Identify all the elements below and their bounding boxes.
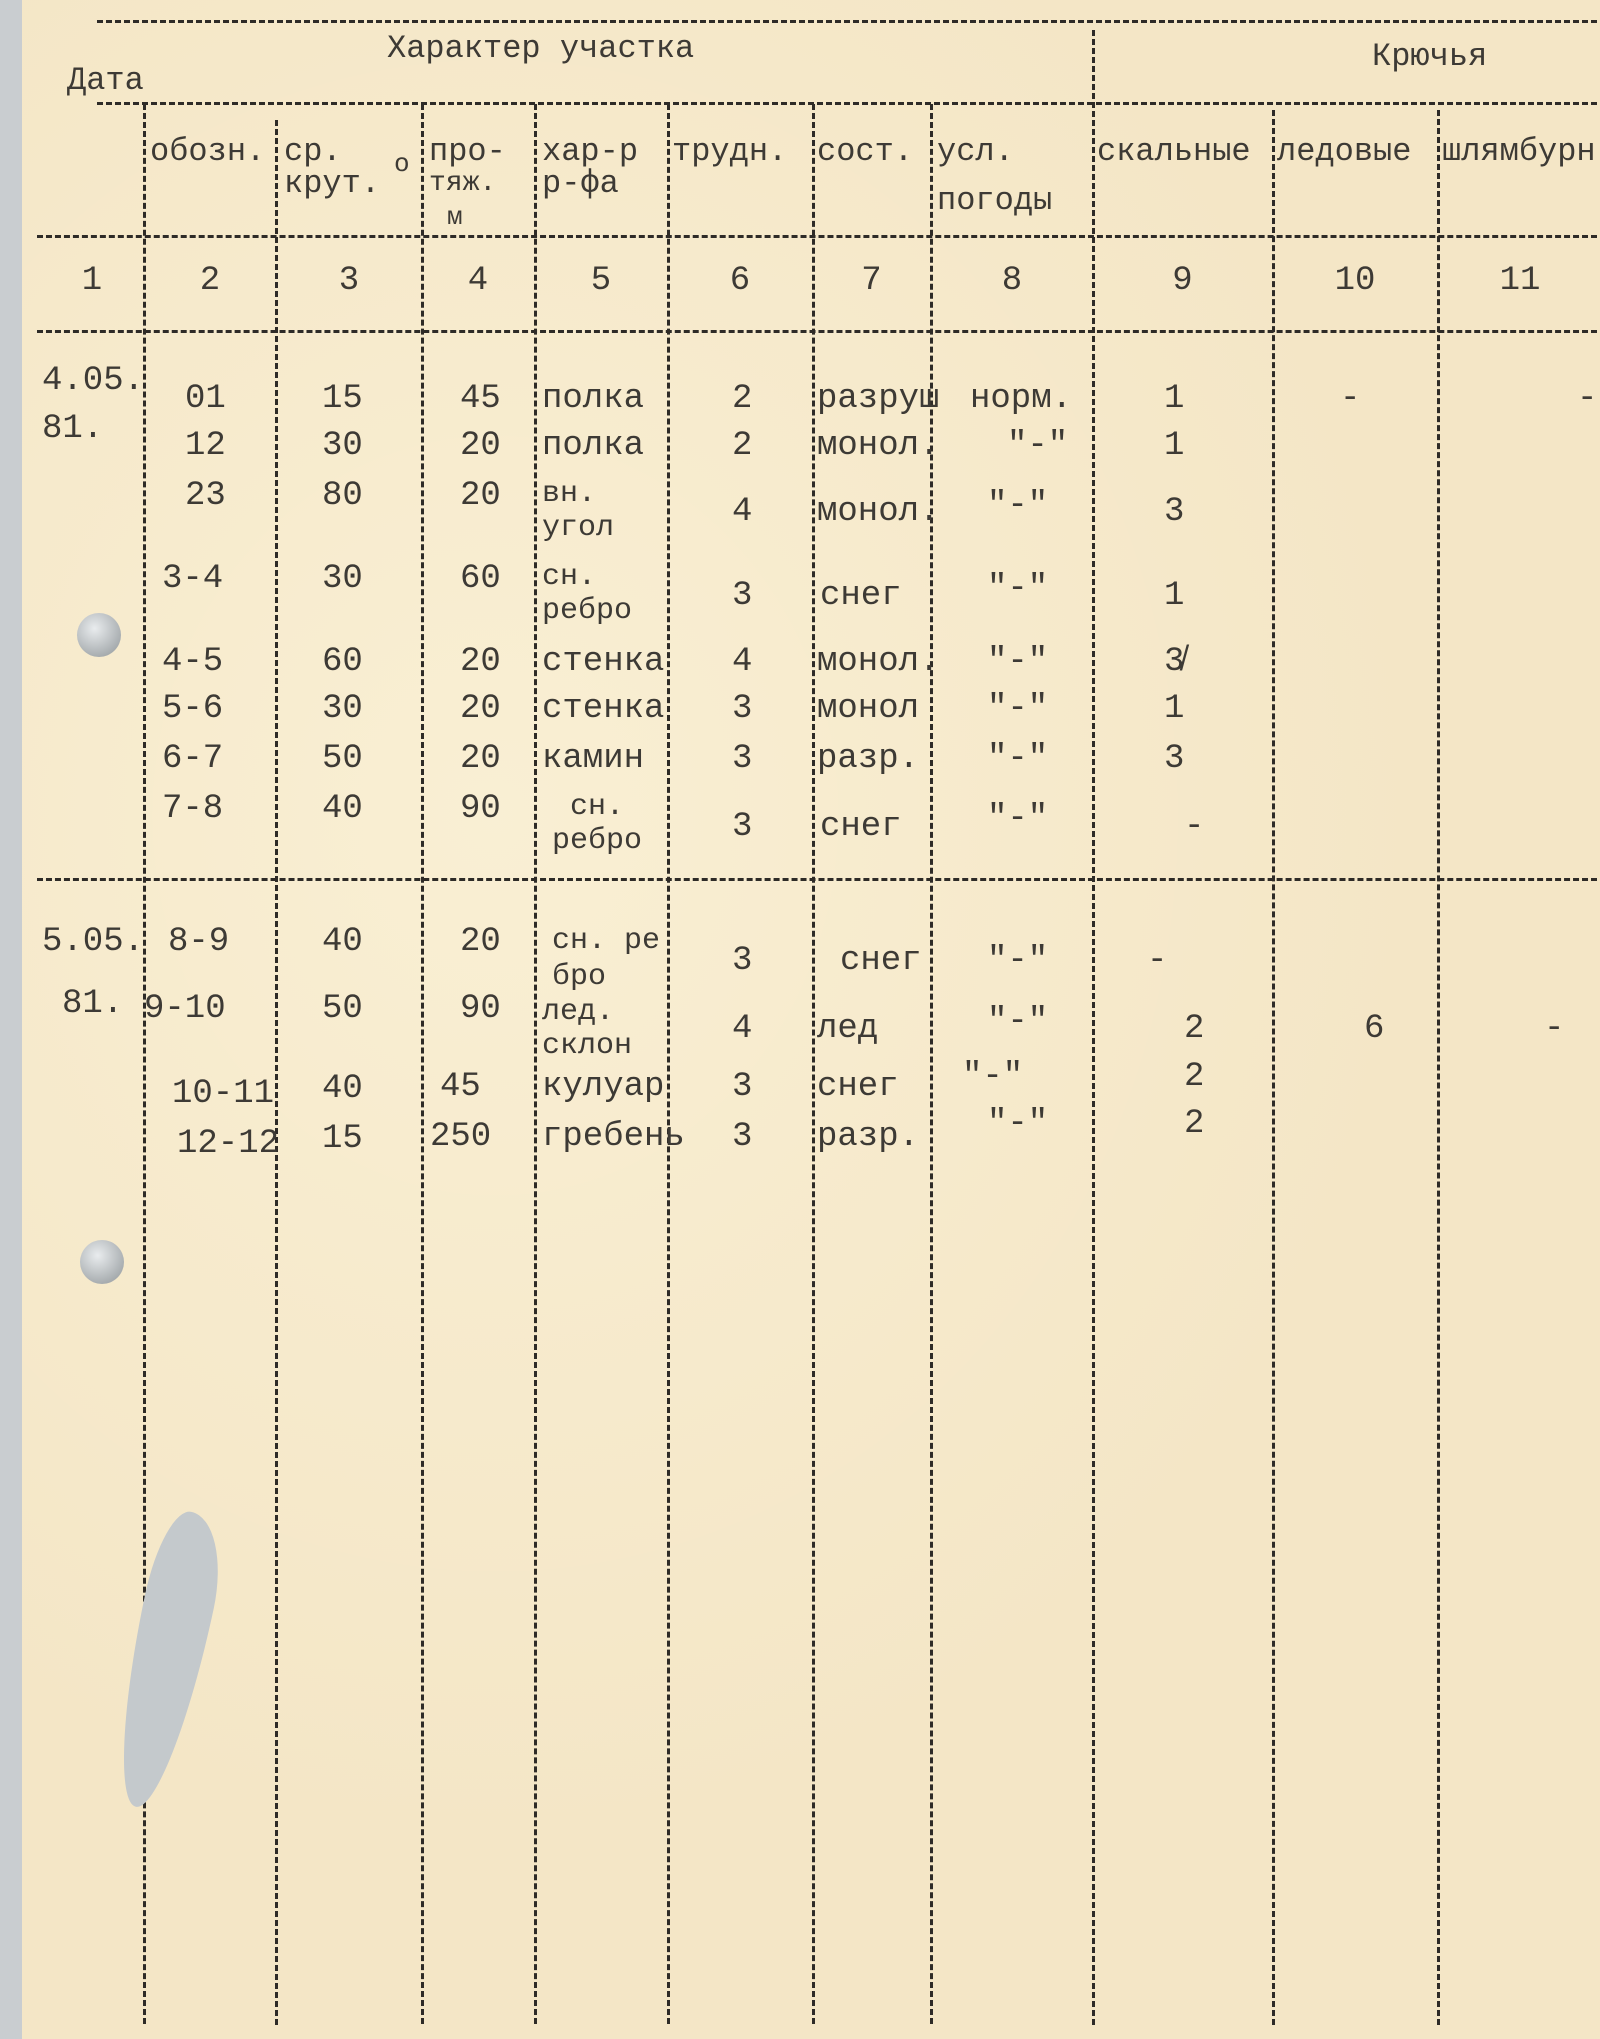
col-header-difficulty: трудн. [672,133,787,171]
table-row-difficulty: 3 [732,690,752,728]
table-row-rock: 3̸ [1164,643,1184,681]
table-row-length: 20 [460,477,501,515]
table-row-slope: 15 [322,1120,363,1158]
rule-numbers-bottom [37,330,1597,333]
table-row-relief: полка [542,427,644,465]
table-row-relief: сн. ребро [542,790,652,858]
day2-date-line1: 5.05. [42,923,144,961]
col-num-4: 4 [424,262,532,300]
table-row-slope: 50 [322,740,363,778]
table-row-length: 20 [460,690,501,728]
table-row-weather: "-" [962,1058,1023,1096]
table-row-seg: 4-5 [162,643,223,681]
table-row-difficulty: 4 [732,493,752,531]
table-row-weather: "-" [987,690,1048,728]
table-row-seg: 5-6 [162,690,223,728]
table-row-relief: полка [542,380,644,418]
table-row-weather: "-" [987,740,1048,778]
col-num-1: 1 [42,262,142,300]
day2-date-line2: 81. [62,985,123,1023]
table-row-slope: 30 [322,560,363,598]
table-row-slope: 50 [322,990,363,1028]
col-header-weather-2: погоды [937,182,1052,220]
table-row-state: монол. [817,493,939,531]
table-row-slope: 30 [322,427,363,465]
table-row-difficulty: 2 [732,380,752,418]
col-num-8: 8 [933,262,1091,300]
col-line-11 [1437,110,1440,2025]
table-row-length: 20 [460,923,501,961]
table-row-difficulty: 2 [732,427,752,465]
col-header-weather-1: усл. [937,133,1014,171]
table-row-weather: "-" [987,942,1048,980]
table-row-length: 20 [460,427,501,465]
col-header-designation: обозн. [150,133,265,171]
table-row-rock: 2 [1184,1058,1204,1096]
col-line-6 [667,104,670,2024]
col-num-2: 2 [146,262,274,300]
col-header-rock: скальные [1097,133,1251,171]
pitons-group-header: Крючья [1372,38,1487,76]
table-row-state: снег [817,1068,899,1106]
table-row-relief: камин [542,740,644,778]
table-row-rock: 1 [1164,380,1184,418]
table-row-weather: "-" [987,487,1048,525]
table-row-rock: 1 [1164,427,1184,465]
table-row-slope: 40 [322,923,363,961]
table-row-seg: 12 [185,427,226,465]
table-row-difficulty: 3 [732,1118,752,1156]
table-row-seg: 01 [185,380,226,418]
table-row-relief: стенка [542,690,664,728]
table-row-slope: 40 [322,1070,363,1108]
table-row-length: 90 [460,790,501,828]
table-row-state: монол. [817,427,939,465]
day1-date-line1: 4.05. [42,362,144,400]
col-num-10: 10 [1275,262,1435,300]
table-row-weather: "-" [987,1003,1048,1041]
col-line-4 [421,104,424,2024]
day1-date-line2: 81. [42,410,103,448]
rule-header-bottom [37,235,1597,238]
table-row-length: 20 [460,740,501,778]
col-num-6: 6 [670,262,810,300]
table-row-rock: - [1184,808,1204,846]
col-header-ice: ледовые [1277,133,1411,171]
table-row-length: 60 [460,560,501,598]
table-row-difficulty: 3 [732,1068,752,1106]
table-row-relief: сн. ре бро [552,923,682,995]
table-row-state: монол. [817,643,939,681]
col-header-slope-2: крут. [284,165,380,203]
col-line-3 [275,120,278,2025]
table-row-weather: "-" [987,800,1048,838]
binder-hole-bottom [80,1240,124,1284]
col-line-7 [812,104,815,2024]
table-row-slope: 30 [322,690,363,728]
table-row-state: снег [820,808,902,846]
table-row-weather: норм. [970,380,1072,418]
date-header: Дата [67,62,144,100]
table-row-difficulty: 4 [732,1010,752,1048]
section-group-header: Характер участка [387,30,694,68]
table-row-length: 20 [460,643,501,681]
table-row-rock: - [1147,942,1167,980]
table-row-rock: 2 [1184,1105,1204,1143]
rule-day-separator [37,878,1597,881]
table-row-relief: кулуар [542,1068,664,1106]
table-row-state: монол [817,690,919,728]
table-row-bolt: - [1544,1010,1564,1048]
table-row-difficulty: 3 [732,942,752,980]
table-row-state: снег [820,577,902,615]
table-row-length: 90 [460,990,501,1028]
table-row-relief: лед. склон [542,995,652,1063]
table-row-length: 45 [440,1068,481,1106]
table-row-state: разруш [817,380,939,418]
table-row-relief: сн. ребро [542,560,652,628]
col-num-7: 7 [815,262,928,300]
table-row-rock: 2 [1184,1010,1204,1048]
table-row-difficulty: 3 [732,740,752,778]
col-header-bolt: шлямбурн [1442,133,1596,171]
table-row-length: 45 [460,380,501,418]
col-line-9 [1092,30,1095,2025]
table-row-rock: 1 [1164,690,1184,728]
table-row-rock: 3 [1164,740,1184,778]
table-row-difficulty: 4 [732,643,752,681]
col-num-11: 11 [1440,262,1600,300]
table-row-seg: 3-4 [162,560,223,598]
table-row-difficulty: 3 [732,808,752,846]
table-row-slope: 40 [322,790,363,828]
table-row-relief: стенка [542,643,664,681]
table-row-slope: 15 [322,380,363,418]
col-header-length-2: тяж. [429,165,496,203]
col-header-state: сост. [817,133,913,171]
table-row-slope: 60 [322,643,363,681]
table-row-seg: 7-8 [162,790,223,828]
table-row-relief: гребень [542,1118,685,1156]
table-row-weather: "-" [1007,427,1068,465]
table-row-ice: 6 [1364,1010,1384,1048]
table-row-seg: 23 [185,477,226,515]
table-row-weather: "-" [987,643,1048,681]
table-row-state: разр. [817,1118,919,1156]
document-page: Дата Характер участка Крючья обозн. ср. … [22,0,1600,2039]
table-row-length: 250 [430,1118,491,1156]
binder-hole-top [77,613,121,657]
table-row-relief: вн. угол [542,477,652,545]
table-row-seg: 6-7 [162,740,223,778]
table-row-state: снег [840,942,922,980]
table-row-weather: "-" [987,570,1048,608]
table-row-seg: 12-12 [177,1125,279,1163]
rule-header-mid [97,102,1597,105]
col-line-10 [1272,110,1275,2025]
table-row-slope: 80 [322,477,363,515]
table-row-rock: 1 [1164,577,1184,615]
col-num-9: 9 [1095,262,1270,300]
table-row-seg: 10-11 [172,1075,274,1113]
table-row-seg: 8-9 [168,923,229,961]
table-row-state: разр. [817,740,919,778]
table-row-weather: "-" [987,1105,1048,1143]
table-row-rock: 3 [1164,493,1184,531]
table-row-ice: - [1340,380,1360,418]
table-row-seg: 9-10 [144,990,226,1028]
col-num-5: 5 [537,262,665,300]
col-header-relief-2: р-фа [542,165,619,203]
table-row-state: лед [817,1010,878,1048]
degree-symbol: о [394,145,410,183]
col-line-5 [534,104,537,2024]
col-header-length-3: м [447,198,463,236]
paper-tear [102,1506,233,1814]
col-num-3: 3 [278,262,420,300]
table-row-difficulty: 3 [732,577,752,615]
table-row-bolt: - [1577,380,1597,418]
rule-top [97,20,1597,23]
